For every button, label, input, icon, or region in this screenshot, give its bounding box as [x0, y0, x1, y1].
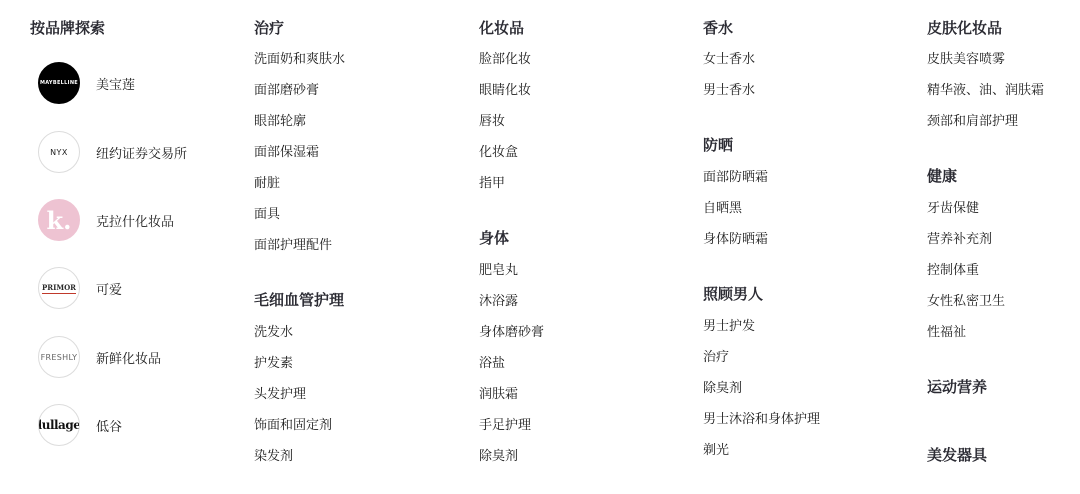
- category-link[interactable]: 身体防晒霜: [703, 231, 768, 249]
- category-link[interactable]: 男士香水: [703, 82, 755, 100]
- category-link[interactable]: 指甲: [479, 175, 505, 193]
- brand-item-freshly[interactable]: FRESHLY 新鲜化妆品: [38, 335, 161, 379]
- category-heading-health[interactable]: 健康: [927, 166, 957, 186]
- category-link[interactable]: 头发护理: [254, 386, 306, 404]
- category-link[interactable]: 营养补充剂: [927, 231, 992, 249]
- category-link[interactable]: 除臭剂: [703, 380, 742, 398]
- category-heading-body[interactable]: 身体: [479, 228, 509, 248]
- category-heading-perfume[interactable]: 香水: [703, 18, 733, 38]
- category-link[interactable]: 除臭剂: [479, 448, 518, 466]
- category-heading-hair-tools[interactable]: 美发器具: [927, 445, 987, 465]
- category-link[interactable]: 耐脏: [254, 175, 280, 193]
- category-link[interactable]: 唇妆: [479, 113, 505, 131]
- category-heading-sports-nutrition[interactable]: 运动营养: [927, 377, 987, 397]
- category-link[interactable]: 手足护理: [479, 417, 531, 435]
- category-link[interactable]: 精华液、油、润肤霜: [927, 82, 1044, 100]
- category-link[interactable]: 眼睛化妆: [479, 82, 531, 100]
- category-link[interactable]: 染发剂: [254, 448, 293, 466]
- category-link[interactable]: 性福祉: [927, 324, 966, 342]
- category-link[interactable]: 面部保湿霜: [254, 144, 319, 162]
- category-link[interactable]: 皮肤美容喷雾: [927, 51, 1005, 69]
- maybelline-logo-icon: MAYBELLINE: [38, 62, 80, 104]
- brand-explorer-title: 按品牌探索: [30, 18, 105, 38]
- category-link[interactable]: 自晒黑: [703, 200, 742, 218]
- category-link[interactable]: 男士护发: [703, 318, 755, 336]
- category-link[interactable]: 治疗: [703, 349, 729, 367]
- brand-item-primor[interactable]: PRIMOR 可爱: [38, 266, 122, 310]
- primor-logo-icon: PRIMOR: [38, 267, 80, 309]
- category-link[interactable]: 面部磨砂膏: [254, 82, 319, 100]
- category-link[interactable]: 女士香水: [703, 51, 755, 69]
- brand-name: 纽约证券交易所: [96, 143, 187, 162]
- category-link[interactable]: 沐浴露: [479, 293, 518, 311]
- category-link[interactable]: 身体磨砂膏: [479, 324, 544, 342]
- category-link[interactable]: 男士沐浴和身体护理: [703, 411, 820, 429]
- lullage-logo-icon: lullage: [38, 404, 80, 446]
- category-link[interactable]: 面具: [254, 206, 280, 224]
- category-link[interactable]: 浴盐: [479, 355, 505, 373]
- category-link[interactable]: 肥皂丸: [479, 262, 518, 280]
- category-link[interactable]: 脸部化妆: [479, 51, 531, 69]
- category-link[interactable]: 剃光: [703, 442, 729, 460]
- category-link[interactable]: 控制体重: [927, 262, 979, 280]
- category-link[interactable]: 润肤霜: [479, 386, 518, 404]
- category-heading-skin-cosmetics[interactable]: 皮肤化妆品: [927, 18, 1002, 38]
- category-link[interactable]: 面部护理配件: [254, 237, 332, 255]
- category-link[interactable]: 女性私密卫生: [927, 293, 1005, 311]
- brand-name: 美宝莲: [96, 74, 135, 93]
- brand-item-kiko[interactable]: k. 克拉什化妆品: [38, 198, 174, 242]
- category-link[interactable]: 面部防晒霜: [703, 169, 768, 187]
- brand-item-maybelline[interactable]: MAYBELLINE 美宝莲: [38, 61, 135, 105]
- category-heading-treatment[interactable]: 治疗: [254, 18, 284, 38]
- category-heading-sunscreen[interactable]: 防晒: [703, 135, 733, 155]
- brand-name: 低谷: [96, 416, 122, 435]
- category-link[interactable]: 牙齿保健: [927, 200, 979, 218]
- brand-name: 新鲜化妆品: [96, 348, 161, 367]
- category-link[interactable]: 洗面奶和爽肤水: [254, 51, 345, 69]
- category-link[interactable]: 颈部和肩部护理: [927, 113, 1018, 131]
- nyx-logo-icon: NYX: [38, 131, 80, 173]
- category-link[interactable]: 化妆盒: [479, 144, 518, 162]
- category-heading-makeup[interactable]: 化妆品: [479, 18, 524, 38]
- brand-name: 可爱: [96, 279, 122, 298]
- category-link[interactable]: 护发素: [254, 355, 293, 373]
- kiko-logo-icon: k.: [38, 199, 80, 241]
- category-link[interactable]: 眼部轮廓: [254, 113, 306, 131]
- category-link[interactable]: 饰面和固定剂: [254, 417, 332, 435]
- brand-item-nyx[interactable]: NYX 纽约证券交易所: [38, 130, 187, 174]
- category-heading-mens-care[interactable]: 照顾男人: [703, 284, 763, 304]
- category-heading-hair-care[interactable]: 毛细血管护理: [254, 290, 344, 310]
- brand-item-lullage[interactable]: lullage 低谷: [38, 403, 122, 447]
- category-link[interactable]: 洗发水: [254, 324, 293, 342]
- freshly-logo-icon: FRESHLY: [38, 336, 80, 378]
- brand-name: 克拉什化妆品: [96, 211, 174, 230]
